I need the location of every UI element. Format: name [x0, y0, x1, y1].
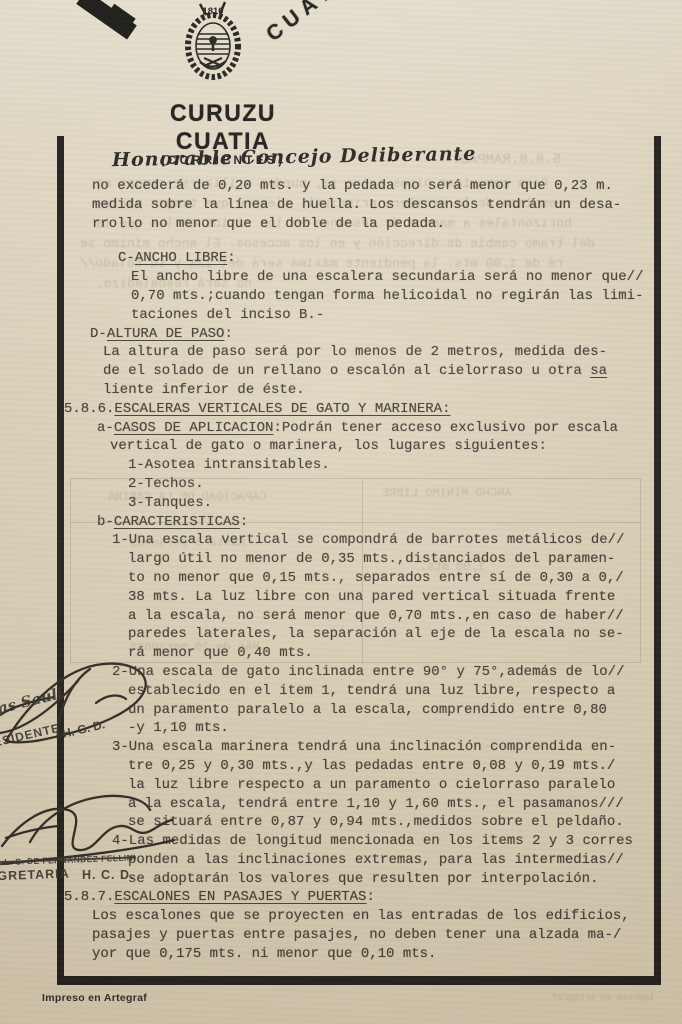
document-line: 5.8.6.ESCALERAS VERTICALES DE GATO Y MAR… [64, 400, 664, 419]
underlined-heading-text: ESCALERAS VERTICALES DE GATO Y MARINERA: [114, 401, 450, 417]
document-line: liente inferior de éste. [64, 381, 664, 400]
scanned-page: 5.8.8.RAMPAS:Para comunicar pisos entre … [0, 0, 682, 1024]
document-line: yor que 0,175 mts. ni menor que 0,10 mts… [64, 945, 664, 964]
body-text: a la escala, no será menor que 0,70 mts.… [128, 608, 624, 624]
secretary-org-stamp: H. C. D. [82, 868, 134, 882]
body-text: La altura de paso será por lo menos de 2… [103, 344, 607, 360]
document-line: 1-Una escala vertical se compondrá de ba… [64, 531, 664, 550]
diagonal-stamp-text: CUATIA [262, 0, 366, 47]
body-text: 2-Techos. [128, 476, 204, 492]
underlined-heading-text: CARACTERISTICAS [114, 514, 240, 530]
body-text: 3-Una escala marinera tendrá una inclina… [112, 739, 616, 755]
body-text: tre 0,25 y 0,30 mts.,y las pedadas entre… [128, 758, 615, 774]
printer-credit: Impreso en Artegraf [42, 992, 147, 1004]
body-text: : [366, 889, 374, 905]
body-text: un paramento paralelo a la escala, compr… [128, 702, 607, 718]
body-text: la luz libre respecto a un paramento o c… [128, 777, 615, 793]
body-text: 2-Una escala de gato inclinada entre 90°… [112, 664, 624, 680]
body-text: pasajes y puertas entre pasajes, no debe… [92, 927, 621, 943]
document-line: El ancho libre de una escalera secundari… [64, 268, 664, 287]
document-line: a-CASOS DE APLICACION:Podrán tener acces… [64, 419, 664, 438]
document-line: 3-Tanques. [64, 494, 664, 513]
body-text: :Podrán tener acceso exclusivo por escal… [273, 420, 617, 436]
document-line: a la escala, no será menor que 0,70 mts.… [64, 607, 664, 626]
document-line: taciones del inciso B.- [64, 306, 664, 325]
body-text: C- [118, 250, 135, 266]
underlined-heading-text: sa [590, 363, 607, 379]
underlined-heading-text: ESCALONES EN PASAJES Y PUERTAS [114, 889, 366, 905]
body-text: liente inferior de éste. [103, 382, 305, 398]
body-text: Los escalones que se proyecten en las en… [92, 908, 630, 924]
secretary-title-stamp: EGRETARIA [0, 867, 70, 884]
body-text: no excederá de 0,20 mts. y la pedada no … [92, 178, 613, 194]
document-line: 1-Asotea intransitables. [64, 456, 664, 475]
body-text: 5.8.6. [64, 401, 114, 417]
document-line: paredes laterales, la separación al eje … [64, 625, 664, 644]
underlined-heading-text: CASOS DE APLICACION [114, 420, 274, 436]
document-line: rrollo no menor que el doble de la pedad… [64, 215, 664, 234]
document-line: Los escalones que se proyecten en las en… [64, 907, 664, 926]
document-line: 0,70 mts.;cuando tengan forma helicoidal… [64, 287, 664, 306]
body-text: yor que 0,175 mts. ni menor que 0,10 mts… [92, 946, 436, 962]
body-text: 1-Una escala vertical se compondrá de ba… [112, 532, 624, 548]
document-line: D-ALTURA DE PASO: [64, 325, 664, 344]
body-text: : [227, 250, 235, 266]
body-text: a- [97, 420, 114, 436]
bleed-through-text: Impreso en Artegraf [552, 993, 655, 1003]
document-line: medida sobre la línea de huella. Los des… [64, 196, 664, 215]
seal-year: 1810 [202, 6, 223, 17]
body-text: paredes laterales, la separación al eje … [128, 626, 624, 642]
body-text: : [240, 514, 248, 530]
body-text: 0,70 mts.;cuando tengan forma helicoidal… [131, 288, 643, 304]
document-line: de el solado de un rellano o escalón al … [64, 362, 664, 381]
body-text: 1-Asotea intransitables. [128, 457, 330, 473]
body-text: 3-Tanques. [128, 495, 212, 511]
body-text: medida sobre la línea de huella. Los des… [92, 197, 621, 213]
body-text: rrollo no menor que el doble de la pedad… [92, 216, 445, 232]
municipal-seal-icon: 1810 [170, 0, 256, 86]
body-text: El ancho libre de una escalera secundari… [131, 269, 643, 285]
body-text: 4-Las medidas de longitud mencionada en … [112, 833, 633, 849]
document-line: 2-Techos. [64, 475, 664, 494]
document-line: largo útil no menor de 0,35 mts.,distanc… [64, 550, 664, 569]
body-text: se adoptarán los valores que resulten po… [128, 871, 598, 887]
frame-bottom-border [57, 976, 661, 985]
body-text: 5.8.7. [64, 889, 114, 905]
document-line: no excederá de 0,20 mts. y la pedada no … [64, 177, 664, 196]
body-text: a la escala, tendrá entre 1,10 y 1,60 mt… [128, 796, 624, 812]
document-line: 5.8.7.ESCALONES EN PASAJES Y PUERTAS: [64, 888, 664, 907]
document-line: b-CARACTERISTICAS: [64, 513, 664, 532]
body-text: : [224, 326, 232, 342]
body-text: D- [90, 326, 107, 342]
body-text: to no menor que 0,15 mts., separados ent… [128, 570, 624, 586]
document-line: to no menor que 0,15 mts., separados ent… [64, 569, 664, 588]
body-text: vertical de gato o marinera, los lugares… [110, 438, 547, 454]
body-text: taciones del inciso B.- [131, 307, 324, 323]
body-text: 38 mts. La luz libre con una pared verti… [128, 589, 615, 605]
underlined-heading-text: ALTURA DE PASO [107, 326, 225, 342]
body-text: de el solado de un rellano o escalón al … [103, 363, 590, 379]
body-text: se situará entre 0,87 y 0,94 mts.,medido… [128, 814, 624, 830]
body-text: largo útil no menor de 0,35 mts.,distanc… [128, 551, 615, 567]
document-line: La altura de paso será por lo menos de 2… [64, 343, 664, 362]
document-line: vertical de gato o marinera, los lugares… [64, 437, 664, 456]
document-line: pasajes y puertas entre pasajes, no debe… [64, 926, 664, 945]
body-text: ponden a las inclinaciones extremas, par… [128, 852, 624, 868]
body-text: establecido en el item 1, tendrá una luz… [128, 683, 615, 699]
document-line: C-ANCHO LIBRE: [64, 249, 664, 268]
document-line: 38 mts. La luz libre con una pared verti… [64, 588, 664, 607]
underlined-heading-text: ANCHO LIBRE [135, 250, 227, 266]
body-text: b- [97, 514, 114, 530]
